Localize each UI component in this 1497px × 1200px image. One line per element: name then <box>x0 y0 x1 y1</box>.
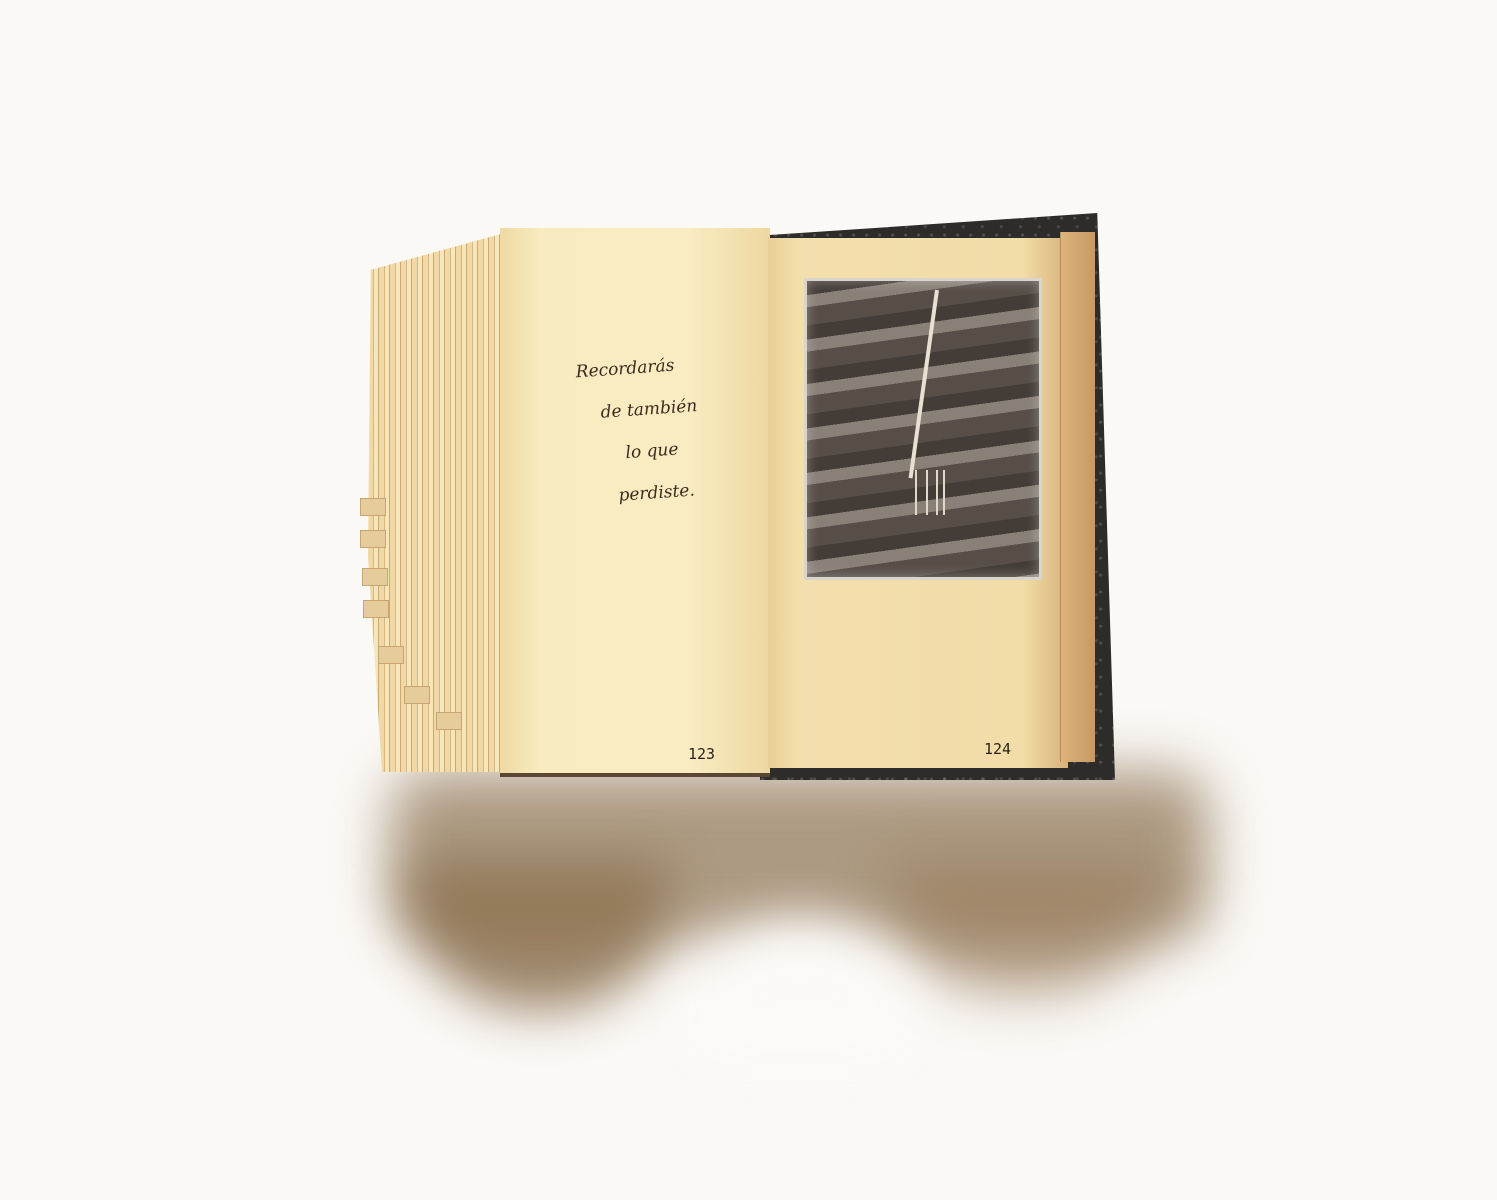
handwritten-text: Recordarás de también lo que perdiste. <box>574 339 765 519</box>
page-tab <box>404 686 430 704</box>
page-number-right: 124 <box>984 740 1011 758</box>
page-tab <box>363 600 389 618</box>
book-shadow-left-lobe <box>410 860 670 1010</box>
page-tab <box>378 646 404 664</box>
book-photo-scene: Recordarás de también lo que perdiste. 1… <box>0 0 1497 1200</box>
page-tab <box>362 568 388 586</box>
pitchfork-photo <box>804 278 1042 580</box>
page-stack-edges <box>368 232 508 772</box>
page-number-left: 123 <box>688 745 715 763</box>
right-page-edges <box>1060 232 1095 762</box>
shadow-gap <box>690 920 910 1060</box>
page-tab <box>360 498 386 516</box>
pitchfork-tines <box>915 470 945 515</box>
page-tab <box>436 712 462 730</box>
book-shadow-right-lobe <box>890 860 1170 990</box>
page-tab <box>360 530 386 548</box>
